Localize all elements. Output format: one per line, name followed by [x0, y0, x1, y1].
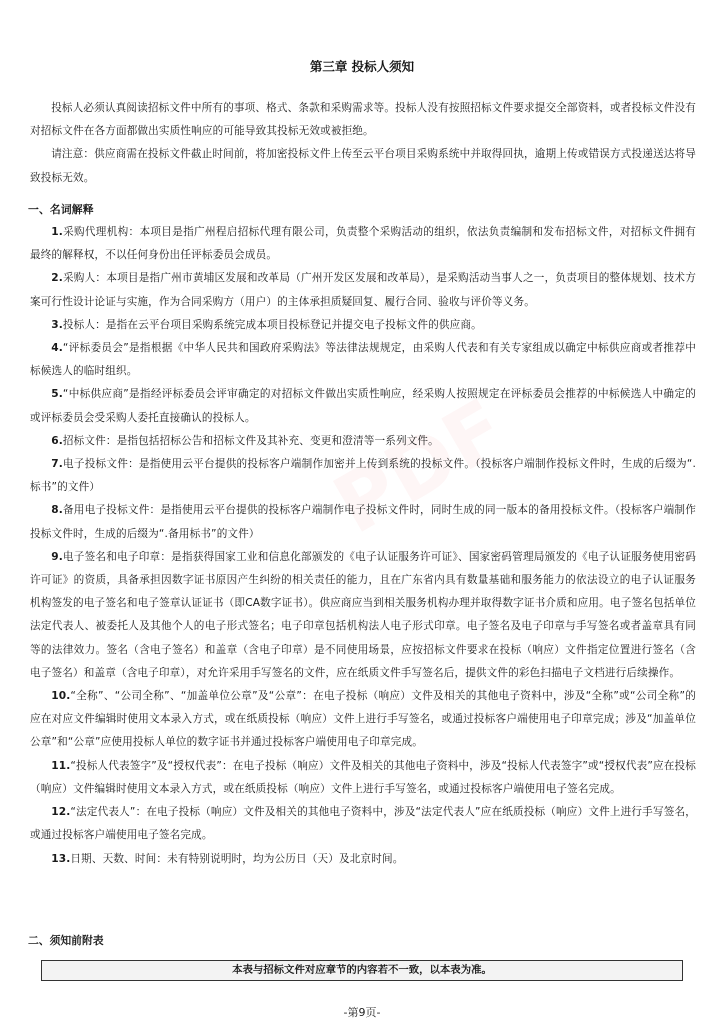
definition-item: 5.“中标供应商”是指经评标委员会评审确定的对招标文件做出实质性响应，经采购人按…	[30, 383, 696, 429]
item-number: 6.	[51, 435, 63, 447]
item-text: 电子投标文件：是指使用云平台提供的投标客户端制作加密并上传到系统的投标文件。（投…	[30, 458, 696, 493]
definition-item: 2.采购人：本项目是指广州市黄埔区发展和改革局（广州开发区发展和改革局），是采购…	[30, 267, 696, 313]
item-number: 9.	[51, 551, 63, 563]
definition-item: 1.采购代理机构：本项目是指广州程启招标代理有限公司，负责整个采购活动的组织，依…	[30, 221, 696, 267]
item-text: 电子签名和电子印章：是指获得国家工业和信息化部颁发的《电子认证服务许可证》、国家…	[30, 551, 696, 679]
definition-item: 3.投标人：是指在云平台项目采购系统完成本项目投标登记并提交电子投标文件的供应商…	[30, 314, 696, 337]
definition-item: 9.电子签名和电子印章：是指获得国家工业和信息化部颁发的《电子认证服务许可证》、…	[30, 546, 696, 685]
item-number: 11.	[51, 760, 70, 772]
item-number: 4.	[51, 342, 63, 354]
definition-item: 13.日期、天数、时间：未有特别说明时，均为公历日（天）及北京时间。	[30, 848, 696, 871]
item-text: 采购代理机构：本项目是指广州程启招标代理有限公司，负责整个采购活动的组织，依法负…	[30, 226, 696, 261]
notice-table-header: 本表与招标文件对应章节的内容若不一致，以本表为准。	[41, 960, 683, 981]
item-text: “中标供应商”是指经评标委员会评审确定的对招标文件做出实质性响应，经采购人按照规…	[30, 388, 696, 423]
item-text: 投标人：是指在云平台项目采购系统完成本项目投标登记并提交电子投标文件的供应商。	[63, 319, 482, 331]
section-heading-definitions: 一、名词解释	[28, 198, 696, 221]
definition-item: 7.电子投标文件：是指使用云平台提供的投标客户端制作加密并上传到系统的投标文件。…	[30, 453, 696, 499]
item-number: 2.	[51, 272, 63, 284]
item-number: 7.	[51, 458, 63, 470]
document-page: PDF 第三章 投标人须知 投标人必须认真阅读招标文件中所有的事项、格式、条款和…	[0, 0, 724, 1024]
definition-item: 8.备用电子投标文件：是指使用云平台提供的投标客户端制作电子投标文件时，同时生成…	[30, 499, 696, 545]
item-text: 招标文件：是指包括招标公告和招标文件及其补充、变更和澄清等一系列文件。	[63, 435, 439, 447]
item-text: 采购人：本项目是指广州市黄埔区发展和改革局（广州开发区发展和改革局），是采购活动…	[30, 272, 696, 307]
item-number: 12.	[51, 806, 70, 818]
document-body: 投标人必须认真阅读招标文件中所有的事项、格式、条款和采购需求等。投标人没有按照招…	[30, 97, 696, 871]
intro-paragraph-1: 投标人必须认真阅读招标文件中所有的事项、格式、条款和采购需求等。投标人没有按照招…	[30, 97, 696, 143]
item-number: 8.	[51, 504, 63, 516]
item-text: 日期、天数、时间：未有特别说明时，均为公历日（天）及北京时间。	[70, 853, 403, 865]
item-text: “评标委员会”是指根据《中华人民共和国政府采购法》等法律法规规定，由采购人代表和…	[30, 342, 696, 377]
definition-item: 10.“全称”、“公司全称”、“加盖单位公章”及“公章”：在电子投标（响应）文件…	[30, 685, 696, 755]
item-number: 3.	[51, 319, 63, 331]
item-text: 备用电子投标文件：是指使用云平台提供的投标客户端制作电子投标文件时，同时生成的同…	[30, 504, 696, 539]
intro-paragraph-2: 请注意：供应商需在投标文件截止时间前，将加密投标文件上传至云平台项目采购系统中并…	[30, 143, 696, 189]
definition-item: 11.“投标人代表签字”及“授权代表”：在电子投标（响应）文件及相关的其他电子资…	[30, 755, 696, 801]
chapter-title: 第三章 投标人须知	[0, 57, 724, 75]
item-text: “法定代表人”：在电子投标（响应）文件及相关的其他电子资料中，涉及“法定代表人”…	[30, 806, 696, 841]
item-number: 10.	[51, 690, 70, 702]
section-heading-appendix: 二、须知前附表	[28, 933, 104, 948]
item-text: “全称”、“公司全称”、“加盖单位公章”及“公章”：在电子投标（响应）文件及相关…	[30, 690, 696, 748]
page-number: -第9页-	[0, 1004, 724, 1020]
item-number: 5.	[51, 388, 63, 400]
definition-item: 6.招标文件：是指包括招标公告和招标文件及其补充、变更和澄清等一系列文件。	[30, 430, 696, 453]
definition-item: 12.“法定代表人”：在电子投标（响应）文件及相关的其他电子资料中，涉及“法定代…	[30, 801, 696, 847]
item-number: 1.	[51, 226, 63, 238]
item-number: 13.	[51, 853, 70, 865]
definition-item: 4.“评标委员会”是指根据《中华人民共和国政府采购法》等法律法规规定，由采购人代…	[30, 337, 696, 383]
item-text: “投标人代表签字”及“授权代表”：在电子投标（响应）文件及相关的其他电子资料中，…	[30, 760, 696, 795]
